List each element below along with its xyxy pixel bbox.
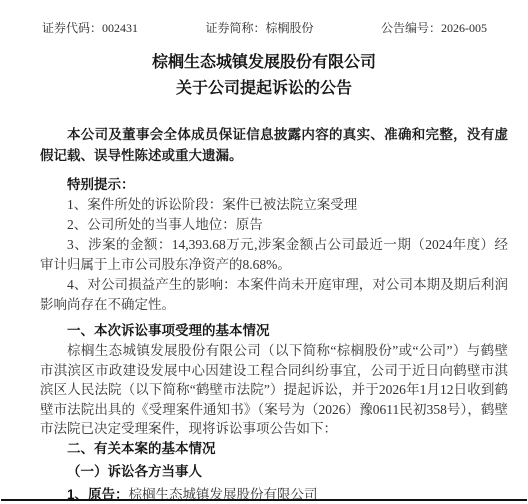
plaintiff-line: 1、原告：棕榈生态城镇发展股份有限公司	[40, 485, 508, 504]
title-subject: 关于公司提起诉讼的公告	[0, 76, 528, 102]
stock-code-label: 证券代码：	[42, 21, 102, 35]
document-header: 证券代码：002431 证券简称：棕榈股份 公告编号：2026-005	[42, 21, 487, 36]
announcement-number-value: 2026-005	[441, 21, 487, 35]
announcement-page: 证券代码：002431 证券简称：棕榈股份 公告编号：2026-005 棕榈生态…	[0, 0, 528, 504]
section1-paragraph: 棕榈生态城镇发展股份有限公司（以下简称“棕榈股份”或“公司”）与鹤壁市淇滨区市政…	[40, 341, 508, 439]
document-body: 本公司及董事会全体成员保证信息披露内容的真实、准确和完整，没有虚假记载、误导性陈…	[40, 124, 508, 504]
section2-heading: 二、有关本案的基本情况	[40, 439, 508, 459]
stock-name: 证券简称：棕榈股份	[205, 21, 313, 36]
announcement-number-label: 公告编号：	[381, 21, 441, 35]
notice-item-profit-impact: 4、对公司损益产生的影响：本案件尚未开庭审理，对公司本期及期后利润影响尚存在不确…	[40, 275, 508, 315]
title-company-name: 棕榈生态城镇发展股份有限公司	[0, 50, 528, 76]
announcement-number: 公告编号：2026-005	[381, 21, 487, 36]
notice-item-amount: 3、涉案的金额：14,393.68万元,涉案金额占公司最近一期（2024年度）经…	[40, 235, 508, 275]
section2-subheading-parties: （一）诉讼各方当事人	[40, 462, 508, 482]
stock-code: 证券代码：002431	[42, 21, 138, 36]
document-title: 棕榈生态城镇发展股份有限公司 关于公司提起诉讼的公告	[0, 50, 528, 102]
notice-item-party-status: 2、公司所处的当事人地位：原告	[40, 215, 508, 235]
notice-item-litigation-stage: 1、案件所处的诉讼阶段：案件已被法院立案受理	[40, 195, 508, 215]
special-notice-heading: 特别提示：	[40, 175, 508, 195]
special-notice-section: 特别提示： 1、案件所处的诉讼阶段：案件已被法院立案受理 2、公司所处的当事人地…	[40, 175, 508, 315]
section1-heading: 一、本次诉讼事项受理的基本情况	[40, 321, 508, 341]
stock-code-value: 002431	[102, 21, 138, 35]
board-declaration: 本公司及董事会全体成员保证信息披露内容的真实、准确和完整，没有虚假记载、误导性陈…	[40, 124, 508, 166]
stock-name-label: 证券简称：	[205, 21, 265, 35]
bottom-border-line	[1, 499, 527, 501]
stock-name-value: 棕榈股份	[266, 21, 314, 35]
